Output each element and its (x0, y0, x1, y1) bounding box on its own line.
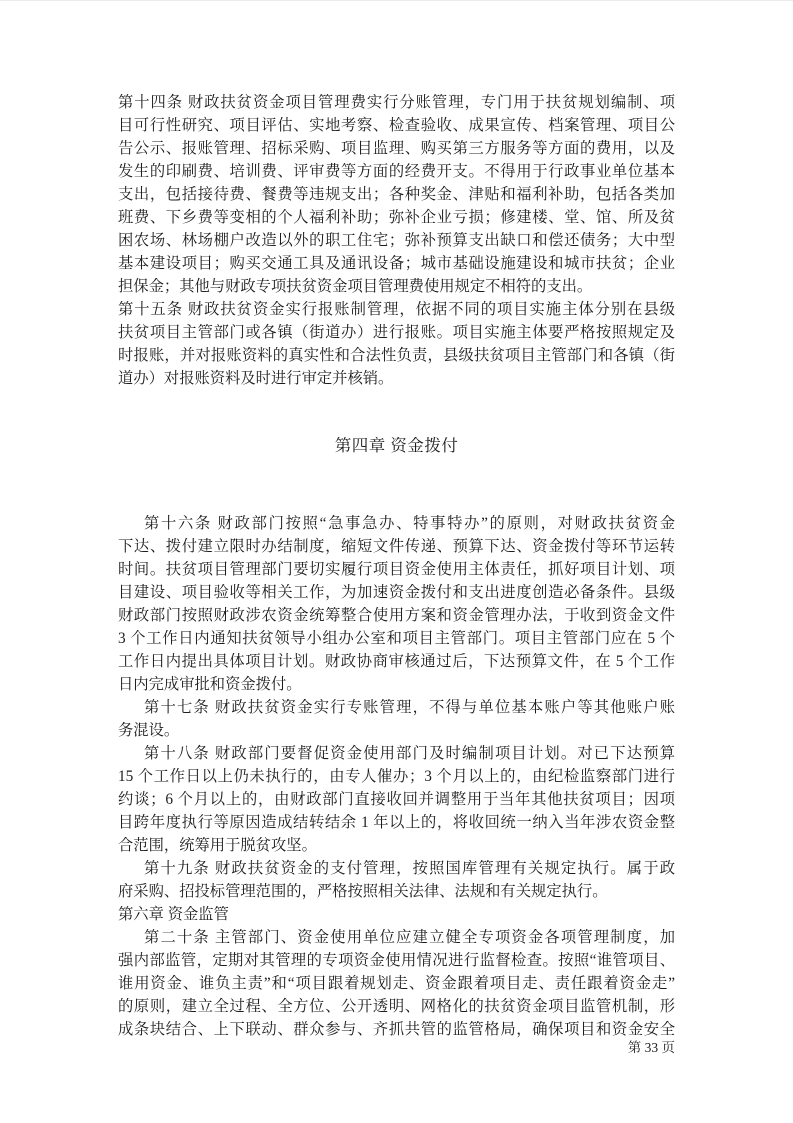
text-line: 第十八条 财政部门要督促资金使用部门及时编制项目计划。对已下达预算 (118, 742, 675, 765)
text-line: 务混设。 (118, 719, 675, 742)
text-line: 担保金；其他与财政专项扶贫资金项目管理费使用规定不相符的支出。 (118, 275, 675, 298)
text-line: 成条块结合、上下联动、群众参与、齐抓共管的监管格局，确保项目和资金安全 (118, 1018, 675, 1041)
text-line: 困农场、林场棚户改造以外的职工住宅；弥补预算支出缺口和偿还债务；大中型 (118, 229, 675, 252)
text-line: 15 个工作日以上仍未执行的，由专人催办；3 个月以上的，由纪检监察部门进行 (118, 765, 675, 788)
text-line: 道办）对报账资料及时进行审定并核销。 (118, 367, 675, 390)
page-number: 第 33 页 (628, 1040, 675, 1055)
text-line: 日内完成审批和资金拨付。 (118, 673, 675, 696)
text-line: 基本建设项目；购买交通工具及通讯设备；城市基础设施建设和城市扶贫；企业 (118, 252, 675, 275)
chapter-6-label: 第六章 资金监管 (118, 903, 675, 926)
text-line: 支出，包括接待费、餐费等违规支出；各种奖金、津贴和福利补助，包括各类加 (118, 183, 675, 206)
text-line: 目跨年度执行等原因造成结转结余 1 年以上的，将收回统一纳入当年涉农资金整 (118, 811, 675, 834)
text-line: 第十五条 财政扶贫资金实行报账制管理，依据不同的项目实施主体分别在县级 (118, 298, 675, 321)
text-line: 谁用资金、谁负主责”和“项目跟着规划走、资金跟着项目走、责任跟着资金走” (118, 972, 675, 995)
text-line: 扶贫项目主管部门或各镇（街道办）进行报账。项目实施主体要严格按照规定及 (118, 321, 675, 344)
article-18: 第十八条 财政部门要督促资金使用部门及时编制项目计划。对已下达预算15 个工作日… (118, 742, 675, 857)
text-line: 第十六条 财政部门按照“急事急办、特事特办”的原则，对财政扶贫资金 (118, 512, 675, 535)
article-19: 第十九条 财政扶贫资金的支付管理，按照国库管理有关规定执行。属于政府采购、招投标… (118, 857, 675, 903)
text-line: 下达、拨付建立限时办结制度，缩短文件传递、预算下达、资金拨付等环节运转 (118, 535, 675, 558)
article-20: 第二十条 主管部门、资金使用单位应建立健全专项资金各项管理制度，加强内部监管，定… (118, 926, 675, 1041)
text-line: 第十四条 财政扶贫资金项目管理费实行分账管理，专门用于扶贫规划编制、项 (118, 91, 675, 114)
document-body: 第十四条 财政扶贫资金项目管理费实行分账管理，专门用于扶贫规划编制、项目可行性研… (118, 91, 675, 1041)
text-line: 班费、下乡费等变相的个人福利补助；弥补企业亏损；修建楼、堂、馆、所及贫 (118, 206, 675, 229)
text-line: 第二十条 主管部门、资金使用单位应建立健全专项资金各项管理制度，加 (118, 926, 675, 949)
text-line: 告公示、报账管理、招标采购、项目监理、购买第三方服务等方面的费用，以及 (118, 137, 675, 160)
chapter-4-heading: 第四章 资金拨付 (118, 433, 675, 459)
text-line: 府采购、招投标管理范围的，严格按照相关法律、法规和有关规定执行。 (118, 880, 675, 903)
text-line: 合范围，统筹用于脱贫攻坚。 (118, 834, 675, 857)
text-line: 工作日内提出具体项目计划。财政协商审核通过后，下达预算文件，在 5 个工作 (118, 650, 675, 673)
article-16: 第十六条 财政部门按照“急事急办、特事特办”的原则，对财政扶贫资金下达、拨付建立… (118, 512, 675, 696)
text-line: 强内部监管，定期对其管理的专项资金使用情况进行监督检查。按照“谁管项目、 (118, 949, 675, 972)
text-line: 第十九条 财政扶贫资金的支付管理，按照国库管理有关规定执行。属于政 (118, 857, 675, 880)
text-line: 财政部门按照财政涉农资金统筹整合使用方案和资金管理办法，于收到资金文件 (118, 604, 675, 627)
text-line: 约谈；6 个月以上的，由财政部门直接收回并调整用于当年其他扶贫项目；因项 (118, 788, 675, 811)
text-line: 发生的印刷费、培训费、评审费等方面的经费开支。不得用于行政事业单位基本 (118, 160, 675, 183)
text-line: 时间。扶贫项目管理部门要切实履行项目资金使用主体责任，抓好项目计划、项 (118, 558, 675, 581)
page-footer: 第 33 页 (628, 1039, 675, 1057)
text-line: 目可行性研究、项目评估、实地考察、检查验收、成果宣传、档案管理、项目公 (118, 114, 675, 137)
text-line: 3 个工作日内通知扶贫领导小组办公室和项目主管部门。项目主管部门应在 5 个 (118, 627, 675, 650)
article-17: 第十七条 财政扶贫资金实行专账管理，不得与单位基本账户等其他账户账务混设。 (118, 696, 675, 742)
text-line: 目建设、项目验收等相关工作，为加速资金拨付和支出进度创造必备条件。县级 (118, 581, 675, 604)
text-line: 第六章 资金监管 (118, 903, 675, 926)
text-line: 的原则，建立全过程、全方位、公开透明、网格化的扶贫资金项目监管机制，形 (118, 995, 675, 1018)
article-14: 第十四条 财政扶贫资金项目管理费实行分账管理，专门用于扶贫规划编制、项目可行性研… (118, 91, 675, 298)
text-line: 第十七条 财政扶贫资金实行专账管理，不得与单位基本账户等其他账户账 (118, 696, 675, 719)
document-page: 第十四条 财政扶贫资金项目管理费实行分账管理，专门用于扶贫规划编制、项目可行性研… (0, 0, 793, 1123)
article-15: 第十五条 财政扶贫资金实行报账制管理，依据不同的项目实施主体分别在县级扶贫项目主… (118, 298, 675, 390)
text-line: 时报账，并对报账资料的真实性和合法性负责，县级扶贫项目主管部门和各镇（街 (118, 344, 675, 367)
